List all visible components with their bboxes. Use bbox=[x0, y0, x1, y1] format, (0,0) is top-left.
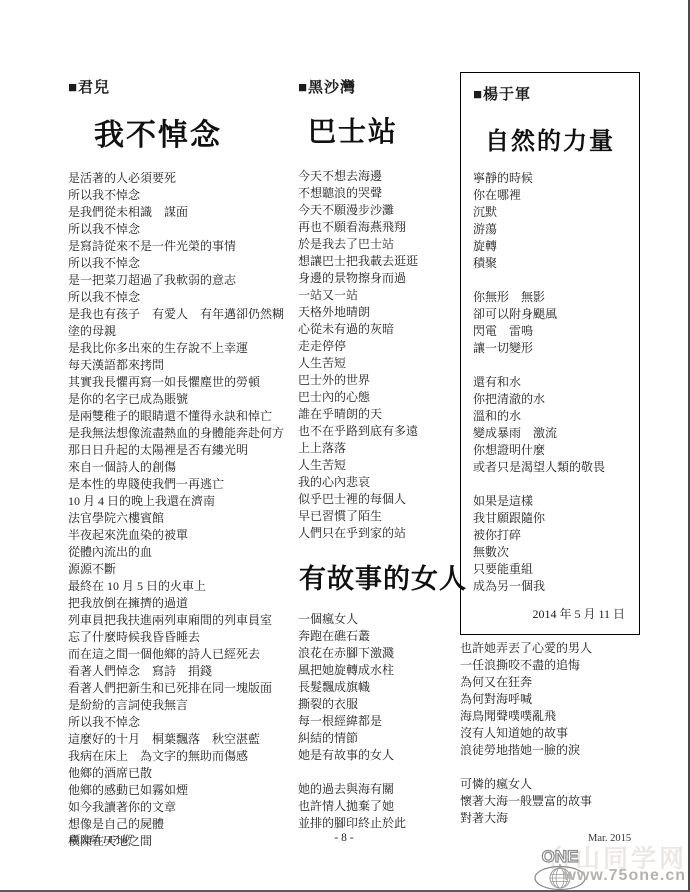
poem-line: 於是我去了巴士站 bbox=[298, 236, 468, 253]
poem-line: 被你打碎 bbox=[473, 527, 627, 544]
poem-line: 他鄉的感動已如霧如煙 bbox=[68, 782, 298, 799]
author-heishawan: ■黑沙灣 bbox=[298, 76, 468, 100]
poem-line: 似乎巴士裡的每個人 bbox=[298, 491, 468, 508]
poem-line: 人生苦短 bbox=[298, 355, 468, 372]
poem-line: 我甘願跟隨你 bbox=[473, 510, 627, 527]
poem-line: 一站又一站 bbox=[298, 287, 468, 304]
poem-line: 你想證明什麼 bbox=[473, 442, 627, 459]
poem-column-1: ■君兒 我不悼念 是活著的人必須要死所以我不悼念是我們從未相識 謀面所以我不悼念… bbox=[68, 76, 298, 850]
poem-line: 所以我不悼念 bbox=[68, 221, 298, 238]
poem-line: 不想聽浪的哭聲 bbox=[298, 185, 468, 202]
poem-line bbox=[473, 476, 627, 493]
poem-line: 溫和的水 bbox=[473, 408, 627, 425]
poem-line: 看著人們悼念 寫詩 捐錢 bbox=[68, 663, 298, 680]
poem-line: 想讓巴士把我載去逛逛 bbox=[298, 253, 468, 270]
poem-line: 也不在乎路到底有多遠 bbox=[298, 423, 468, 440]
poem-line: 來自一個詩人的創傷 bbox=[68, 459, 298, 476]
poem-line: 最終在 10 月 5 日的火車上 bbox=[68, 578, 298, 595]
poem-line: 游蕩 bbox=[473, 221, 627, 238]
poem-line: 所以我不悼念 bbox=[68, 255, 298, 272]
poem-title-ziran-de-liliang: 自然的力量 bbox=[473, 121, 627, 156]
poem-line: 所以我不悼念 bbox=[68, 187, 298, 204]
poem-line: 巴士外的世界 bbox=[298, 372, 468, 389]
poem-line: 塗的母親 bbox=[68, 323, 298, 340]
poem-line: 早已習慣了陌生 bbox=[298, 508, 468, 525]
poem-line: 上上落落 bbox=[298, 440, 468, 457]
poem-line: 走走停停 bbox=[298, 338, 468, 355]
poem-line: 今天不想去海邊 bbox=[298, 168, 468, 185]
poem-line: 每天漢語都來拷問 bbox=[68, 357, 298, 374]
poem-line: 一任浪撕咬不盡的追悔 bbox=[460, 657, 660, 674]
author-yangyujun: ■楊于軍 bbox=[473, 83, 627, 107]
poem-line: 浪徒勞地揩她一臉的淚 bbox=[460, 742, 660, 759]
poem-line: 從體內流出的血 bbox=[68, 544, 298, 561]
poem-line: 可憐的瘋女人 bbox=[460, 776, 660, 793]
poem-line bbox=[473, 357, 627, 374]
poem-line bbox=[473, 272, 627, 289]
poem-line: 你在哪裡 bbox=[473, 187, 627, 204]
poem-line: 我的心內悲哀 bbox=[298, 474, 468, 491]
poem-line: 風把她旋轉成水柱 bbox=[298, 662, 468, 679]
poem-body-1: 是活著的人必須要死所以我不悼念是我們從未相識 謀面所以我不悼念是寫詩從來不是一件… bbox=[68, 170, 298, 850]
poem-body-3: 一個瘋女人奔跑在礁石叢浪花在赤腳下激濺風把她旋轉成水柱長髮飄成旗幟撕裂的衣服每一… bbox=[298, 611, 468, 832]
poem-line: 誰在乎晴朗的天 bbox=[298, 406, 468, 423]
poem-line: 忘了什麼時候我昏昏睡去 bbox=[68, 629, 298, 646]
poem-line: 成為另一個我 bbox=[473, 578, 627, 595]
poem-line: 是活著的人必須要死 bbox=[68, 170, 298, 187]
poem-line: 浪花在赤腳下激濺 bbox=[298, 645, 468, 662]
poem-line: 或者只是渴望人類的敬畏 bbox=[473, 459, 627, 476]
poem-line: 把我放倒在擁擠的過道 bbox=[68, 595, 298, 612]
poem-line: 懷著大海一般豐富的故事 bbox=[460, 793, 660, 810]
poem-line: 是兩雙稚子的眼睛還不懂得永訣和悼亡 bbox=[68, 408, 298, 425]
poem-line: 你把清澈的水 bbox=[473, 391, 627, 408]
poem-line: 是我也有孩子 有愛人 有年邁卻仍然糊 bbox=[68, 306, 298, 323]
poem-line: 也許她弄丟了心愛的男人 bbox=[460, 640, 660, 657]
poem-line: 看著人們把新生和已死排在同一塊版面 bbox=[68, 680, 298, 697]
poem-line: 只要能重組 bbox=[473, 561, 627, 578]
poem-line: 是一把菜刀超過了我軟弱的意志 bbox=[68, 272, 298, 289]
poem-line: 海鳥聞聲噗噗亂飛 bbox=[460, 708, 660, 725]
poem-line: 是我無法想像流盡熱血的身體能奔赴何方 bbox=[68, 425, 298, 442]
poem-line: 如果是這樣 bbox=[473, 493, 627, 510]
poem-line: 她是有故事的女人 bbox=[298, 747, 468, 764]
poem-body-5: 也許她弄丟了心愛的男人一任浪撕咬不盡的追悔為何又在狂奔為何對海呼喊海鳥聞聲噗噗亂… bbox=[460, 640, 660, 827]
poem-line: 想像是自己的屍體 bbox=[68, 816, 298, 833]
poem-line: 為何對海呼喊 bbox=[460, 691, 660, 708]
poem-line: 這麼好的十月 桐葉飄落 秋空湛藍 bbox=[68, 731, 298, 748]
poem-line: 是我們從未相識 謀面 bbox=[68, 204, 298, 221]
poem-line: 撕裂的衣服 bbox=[298, 696, 468, 713]
poem-line: 如今我讀著你的文章 bbox=[68, 799, 298, 816]
poem-line: 無數次 bbox=[473, 544, 627, 561]
poem-line: 旋轉 bbox=[473, 238, 627, 255]
poem-line: 並排的腳印終止於此 bbox=[298, 815, 468, 832]
magazine-page: ■君兒 我不悼念 是活著的人必須要死所以我不悼念是我們從未相識 謀面所以我不悼念… bbox=[0, 0, 690, 892]
poem-line: 每一根經緯都是 bbox=[298, 713, 468, 730]
poem-line: 沒有人知道她的故事 bbox=[460, 725, 660, 742]
poem-line: 人們只在乎到家的站 bbox=[298, 525, 468, 542]
poem-line: 你無形 無影 bbox=[473, 289, 627, 306]
poem-line: 所以我不悼念 bbox=[68, 289, 298, 306]
poem-body-4: 寧靜的時候你在哪裡沉默游蕩旋轉積聚你無形 無影卻可以附身颶風閃電 雷鳴讓一切變形… bbox=[473, 170, 627, 595]
poem-line bbox=[298, 764, 468, 781]
poem-line: 其實我長懼再寫一如長懼塵世的勞頓 bbox=[68, 374, 298, 391]
poem-title-woman-with-story: 有故事的女人 bbox=[298, 557, 468, 596]
poem-line: 一個瘋女人 bbox=[298, 611, 468, 628]
poem-line: 對著大海 bbox=[460, 810, 660, 827]
poem-line: 巴士內的心態 bbox=[298, 389, 468, 406]
poem-line: 還有和水 bbox=[473, 374, 627, 391]
poem-continuation: 也許她弄丟了心愛的男人一任浪撕咬不盡的追悔為何又在狂奔為何對海呼喊海鳥聞聲噗噗亂… bbox=[460, 640, 660, 827]
watermark-url: www.75one.cn bbox=[563, 867, 686, 885]
poem-column-3: ■楊于軍 自然的力量 寧靜的時候你在哪裡沉默游蕩旋轉積聚你無形 無影卻可以附身颶… bbox=[460, 72, 640, 635]
poem-line: 是寫詩從來不是一件光榮的事情 bbox=[68, 238, 298, 255]
poem-line: 半夜起來洗血染的被單 bbox=[68, 527, 298, 544]
poem-line: 是你的名字已成為賬號 bbox=[68, 391, 298, 408]
poem-line: 為何又在狂奔 bbox=[460, 674, 660, 691]
poem-line: 長髮飄成旗幟 bbox=[298, 679, 468, 696]
poem-line: 再也不願看海燕飛翔 bbox=[298, 219, 468, 236]
poem-line: 那日日升起的太陽裡是否有縷光明 bbox=[68, 442, 298, 459]
poem-line: 是我比你多出來的生存說不上幸運 bbox=[68, 340, 298, 357]
poem-line: 沉默 bbox=[473, 204, 627, 221]
logo-one-text: ONE bbox=[542, 847, 579, 866]
poem-line: 她的過去與海有關 bbox=[298, 781, 468, 798]
poem-line: 而在這之間一個他鄉的詩人已經死去 bbox=[68, 646, 298, 663]
poem-line: 也許情人拋棄了她 bbox=[298, 798, 468, 815]
poem-line: 今天不願漫步沙灘 bbox=[298, 202, 468, 219]
poem-line: 積聚 bbox=[473, 255, 627, 272]
poem-line: 身邊的景物擦身而過 bbox=[298, 270, 468, 287]
poem-line: 奔跑在礁石叢 bbox=[298, 628, 468, 645]
poem-body-2: 今天不想去海邊不想聽浪的哭聲今天不願漫步沙灘再也不願看海燕飛翔於是我去了巴士站想… bbox=[298, 168, 468, 542]
poem-line: 天格外地晴朗 bbox=[298, 304, 468, 321]
poem-line: 10 月 4 日的晚上我還在濟南 bbox=[68, 493, 298, 510]
poem-line: 寧靜的時候 bbox=[473, 170, 627, 187]
poem-line: 人生苦短 bbox=[298, 457, 468, 474]
poem-line: 是本性的卑賤使我們一再逃亡 bbox=[68, 476, 298, 493]
poem-line: 心從未有過的灰暗 bbox=[298, 321, 468, 338]
poem-line: 他鄉的酒席已散 bbox=[68, 765, 298, 782]
poem-title-bashizhan: 巴士站 bbox=[308, 110, 468, 150]
boxed-poem-frame: ■楊于軍 自然的力量 寧靜的時候你在哪裡沉默游蕩旋轉積聚你無形 無影卻可以附身颶… bbox=[460, 72, 640, 635]
poem-column-2: ■黑沙灣 巴士站 今天不想去海邊不想聽浪的哭聲今天不願漫步沙灘再也不願看海燕飛翔… bbox=[298, 76, 468, 832]
poem-line: 卻可以附身颶風 bbox=[473, 306, 627, 323]
poem-line: 源源不斷 bbox=[68, 561, 298, 578]
poem-line bbox=[460, 759, 660, 776]
poem-line: 變成暴雨 激流 bbox=[473, 425, 627, 442]
author-junr: ■君兒 bbox=[68, 76, 298, 100]
poem-line: 法官學院六樓賓館 bbox=[68, 510, 298, 527]
poem-line: 我病在床上 為文字的無助而傷感 bbox=[68, 748, 298, 765]
poem-date: 2014 年 5 月 11 日 bbox=[473, 605, 627, 622]
poem-line: 讓一切變形 bbox=[473, 340, 627, 357]
poem-line: 所以我不悼念 bbox=[68, 714, 298, 731]
poem-title-wo-bu-daonian: 我不悼念 bbox=[94, 110, 298, 154]
poem-line: 列車員把我扶進兩列車廂間的列車員室 bbox=[68, 612, 298, 629]
poem-line: 糾結的情節 bbox=[298, 730, 468, 747]
poem-line: 閃電 雷鳴 bbox=[473, 323, 627, 340]
poem-line: 是紛紛的言詞使我無言 bbox=[68, 697, 298, 714]
